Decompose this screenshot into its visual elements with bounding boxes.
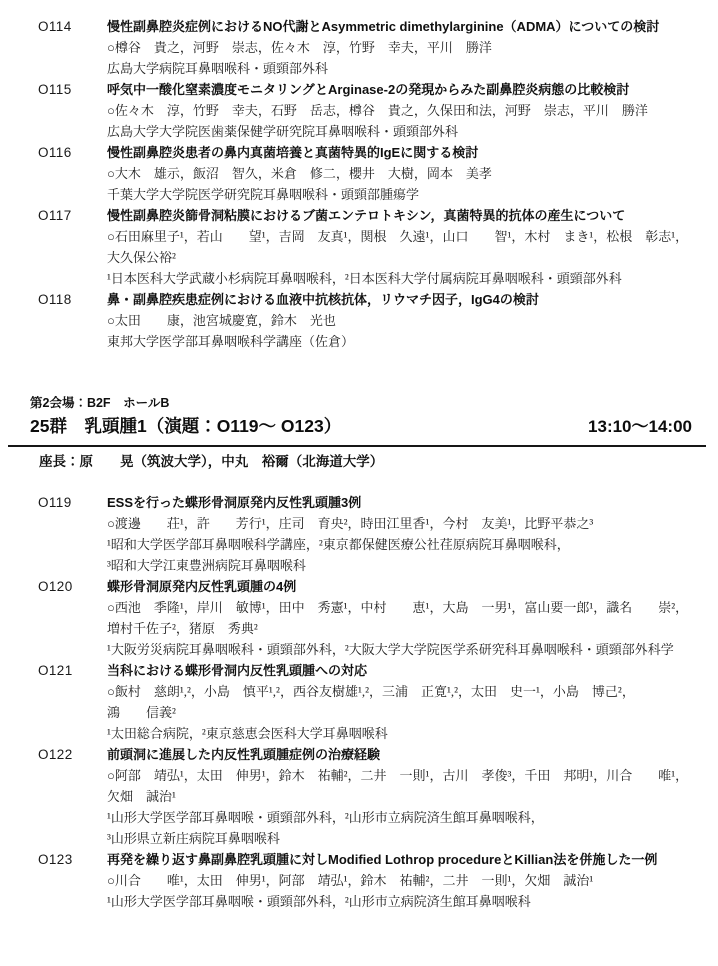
abstract-title: 鼻・副鼻腔疾患症例における血液中抗核抗体，リウマチ因子，IgG4の検討 — [107, 289, 710, 310]
abstract-authors: 鴻 信義² — [107, 702, 710, 723]
abstract-authors: ○阿部 靖弘¹，太田 伸男¹，鈴木 祐輔²，二井 一則¹，古川 孝俊³，千田 邦… — [107, 765, 710, 786]
abstract-content: 再発を繰り返す鼻副鼻腔乳頭腫に対しModified Lothrop proced… — [107, 849, 710, 912]
abstract-title: 前頭洞に進展した内反性乳頭腫症例の治療経験 — [107, 744, 710, 765]
abstract-title: 呼気中一酸化窒素濃度モニタリングとArginase-2の発現からみた副鼻腔炎病態… — [107, 79, 710, 100]
abstract-entry: O122前頭洞に進展した内反性乳頭腫症例の治療経験○阿部 靖弘¹，太田 伸男¹，… — [38, 744, 710, 849]
abstract-entry: O118鼻・副鼻腔疾患症例における血液中抗核抗体，リウマチ因子，IgG4の検討○… — [38, 289, 710, 352]
abstract-authors: ○樽谷 貴之，河野 崇志，佐々木 淳，竹野 幸夫，平川 勝洋 — [107, 37, 710, 58]
abstract-authors: ○太田 康，池宮城慶寛，鈴木 光也 — [107, 310, 710, 331]
session-time: 13:10～14:00 — [588, 415, 692, 439]
abstract-authors: ○西池 季隆¹，岸川 敏博¹，田中 秀憲¹，中村 恵¹，大島 一男¹，富山要一郎… — [107, 597, 710, 618]
abstract-affiliations: ¹山形大学医学部耳鼻咽喉・頭頸部外科，²山形市立病院済生館耳鼻咽喉科， — [107, 807, 710, 828]
abstract-content: 慢性副鼻腔炎症例におけるNO代謝とAsymmetric dimethylargi… — [107, 16, 710, 79]
abstract-content: 慢性副鼻腔炎篩骨洞粘膜におけるブ菌エンテロトキシン，真菌特異的抗体の産生について… — [107, 205, 710, 289]
abstract-authors: ○飯村 慈朗¹,²，小島 慎平¹,²，西谷友樹雄¹,²，三浦 正寛¹,²，太田 … — [107, 681, 710, 702]
abstract-affiliations: ¹大阪労災病院耳鼻咽喉科・頭頸部外科，²大阪大学大学院医学系研究科耳鼻咽喉科・頭… — [107, 639, 710, 660]
abstract-authors: 欠畑 誠治¹ — [107, 786, 710, 807]
session-venue: 第2会場：B2F ホールB — [30, 395, 692, 411]
session-chairs: 座長：原 晃（筑波大学），中丸 裕爾（北海道大学） — [30, 452, 692, 472]
abstract-list-session: O119ESSを行った蝶形骨洞原発内反性乳頭腫3例○渡邊 荘¹，許 芳行¹，庄司… — [38, 492, 710, 912]
abstract-affiliations: ³山形県立新庄病院耳鼻咽喉科 — [107, 828, 710, 849]
abstract-authors: 増村千佐子²，猪原 秀典² — [107, 618, 710, 639]
session-group-title: 25群 乳頭腫1（演題：O119～ O123） — [30, 414, 341, 438]
abstract-title: 慢性副鼻腔炎篩骨洞粘膜におけるブ菌エンテロトキシン，真菌特異的抗体の産生について — [107, 205, 710, 226]
abstract-entry: O121当科における蝶形骨洞内反性乳頭腫への対応○飯村 慈朗¹,²，小島 慎平¹… — [38, 660, 710, 744]
abstract-authors: ○佐々木 淳，竹野 幸夫，石野 岳志，樽谷 貴之，久保田和法，河野 崇志，平川 … — [107, 100, 710, 121]
abstract-authors: ○大木 雄示，飯沼 智久，米倉 修二，櫻井 大樹，岡本 美孝 — [107, 163, 710, 184]
abstract-authors: ○石田麻里子¹，若山 望¹，吉岡 友真¹，関根 久遠¹，山口 智¹，木村 まき¹… — [107, 226, 710, 247]
abstract-content: 鼻・副鼻腔疾患症例における血液中抗核抗体，リウマチ因子，IgG4の検討○太田 康… — [107, 289, 710, 352]
abstract-title: 蝶形骨洞原発内反性乳頭腫の4例 — [107, 576, 710, 597]
abstract-authors: ○渡邊 荘¹，許 芳行¹，庄司 育央²，時田江里香¹，今村 友美¹，比野平恭之³ — [107, 513, 710, 534]
abstract-id: O120 — [38, 576, 107, 597]
abstract-affiliations: ¹山形大学医学部耳鼻咽喉・頭頸部外科，²山形市立病院済生館耳鼻咽喉科 — [107, 891, 710, 912]
abstract-affiliations: ³昭和大学江東豊洲病院耳鼻咽喉科 — [107, 555, 710, 576]
abstract-id: O114 — [38, 16, 107, 37]
abstract-entry: O117慢性副鼻腔炎篩骨洞粘膜におけるブ菌エンテロトキシン，真菌特異的抗体の産生… — [38, 205, 710, 289]
abstract-content: 呼気中一酸化窒素濃度モニタリングとArginase-2の発現からみた副鼻腔炎病態… — [107, 79, 710, 142]
abstract-id: O116 — [38, 142, 107, 163]
abstract-content: 前頭洞に進展した内反性乳頭腫症例の治療経験○阿部 靖弘¹，太田 伸男¹，鈴木 祐… — [107, 744, 710, 849]
abstract-content: ESSを行った蝶形骨洞原発内反性乳頭腫3例○渡邊 荘¹，許 芳行¹，庄司 育央²… — [107, 492, 710, 576]
abstract-id: O121 — [38, 660, 107, 681]
abstract-entry: O123再発を繰り返す鼻副鼻腔乳頭腫に対しModified Lothrop pr… — [38, 849, 710, 912]
session-heading-row: 25群 乳頭腫1（演題：O119～ O123） 13:10～14:00 — [30, 414, 692, 439]
abstract-authors: 大久保公裕² — [107, 247, 710, 268]
abstract-title: 当科における蝶形骨洞内反性乳頭腫への対応 — [107, 660, 710, 681]
abstract-id: O118 — [38, 289, 107, 310]
abstract-entry: O114慢性副鼻腔炎症例におけるNO代謝とAsymmetric dimethyl… — [38, 16, 710, 79]
abstract-content: 当科における蝶形骨洞内反性乳頭腫への対応○飯村 慈朗¹,²，小島 慎平¹,²，西… — [107, 660, 710, 744]
abstract-affiliations: 広島大学大学院医歯薬保健学研究院耳鼻咽喉科・頭頸部外科 — [107, 121, 710, 142]
abstract-content: 慢性副鼻腔炎患者の鼻内真菌培養と真菌特異的IgEに関する検討○大木 雄示，飯沼 … — [107, 142, 710, 205]
abstract-id: O119 — [38, 492, 107, 513]
abstract-entry: O120蝶形骨洞原発内反性乳頭腫の4例○西池 季隆¹，岸川 敏博¹，田中 秀憲¹… — [38, 576, 710, 660]
abstract-entry: O119ESSを行った蝶形骨洞原発内反性乳頭腫3例○渡邊 荘¹，許 芳行¹，庄司… — [38, 492, 710, 576]
abstract-affiliations: ¹日本医科大学武蔵小杉病院耳鼻咽喉科，²日本医科大学付属病院耳鼻咽喉科・頭頸部外… — [107, 268, 710, 289]
abstract-affiliations: ¹太田総合病院，²東京慈恵会医科大学耳鼻咽喉科 — [107, 723, 710, 744]
abstract-title: 慢性副鼻腔炎患者の鼻内真菌培養と真菌特異的IgEに関する検討 — [107, 142, 710, 163]
abstract-id: O117 — [38, 205, 107, 226]
abstract-title: 慢性副鼻腔炎症例におけるNO代謝とAsymmetric dimethylargi… — [107, 16, 710, 37]
abstract-affiliations: 東邦大学医学部耳鼻咽喉科学講座（佐倉） — [107, 331, 710, 352]
abstract-id: O123 — [38, 849, 107, 870]
abstract-authors: ○川合 唯¹，太田 伸男¹，阿部 靖弘¹，鈴木 祐輔²，二井 一則¹，欠畑 誠治… — [107, 870, 710, 891]
abstract-affiliations: ¹昭和大学医学部耳鼻咽喉科学講座，²東京都保健医療公社荏原病院耳鼻咽喉科， — [107, 534, 710, 555]
program-page: O114慢性副鼻腔炎症例におけるNO代謝とAsymmetric dimethyl… — [0, 0, 718, 966]
abstract-id: O122 — [38, 744, 107, 765]
abstract-list-top: O114慢性副鼻腔炎症例におけるNO代謝とAsymmetric dimethyl… — [38, 16, 710, 352]
abstract-title: ESSを行った蝶形骨洞原発内反性乳頭腫3例 — [107, 492, 710, 513]
abstract-entry: O115呼気中一酸化窒素濃度モニタリングとArginase-2の発現からみた副鼻… — [38, 79, 710, 142]
abstract-affiliations: 千葉大学大学院医学研究院耳鼻咽喉科・頭頸部腫瘍学 — [107, 184, 710, 205]
session-divider-rule — [8, 445, 706, 447]
abstract-title: 再発を繰り返す鼻副鼻腔乳頭腫に対しModified Lothrop proced… — [107, 849, 710, 870]
abstract-id: O115 — [38, 79, 107, 100]
abstract-affiliations: 広島大学病院耳鼻咽喉科・頭頸部外科 — [107, 58, 710, 79]
abstract-content: 蝶形骨洞原発内反性乳頭腫の4例○西池 季隆¹，岸川 敏博¹，田中 秀憲¹，中村 … — [107, 576, 710, 660]
abstract-entry: O116慢性副鼻腔炎患者の鼻内真菌培養と真菌特異的IgEに関する検討○大木 雄示… — [38, 142, 710, 205]
session-header: 第2会場：B2F ホールB 25群 乳頭腫1（演題：O119～ O123） 13… — [30, 395, 692, 472]
